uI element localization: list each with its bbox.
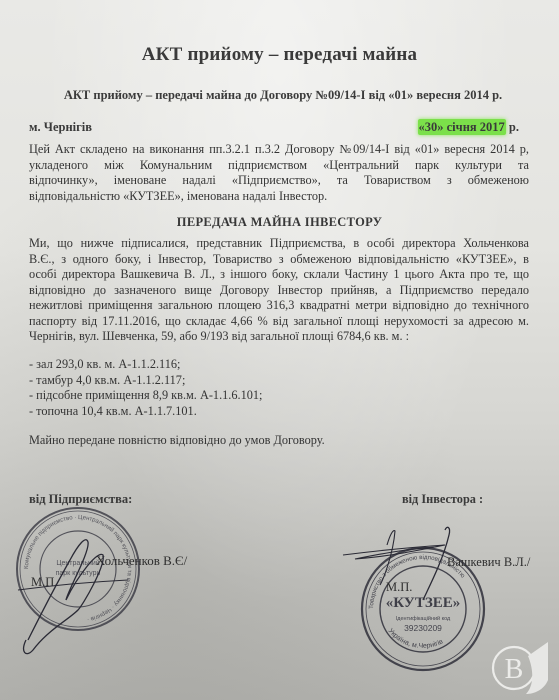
date-highlight: «30» січня 2017 bbox=[418, 119, 506, 135]
intro-line: Цей Акт складено на виконання пп.3.2.1 п… bbox=[29, 142, 529, 158]
body-line: відповідно до зазначеного вище Договору … bbox=[29, 283, 529, 299]
body-line: особі директора Вашкевича В. Л., з іншог… bbox=[29, 267, 529, 283]
closing-statement: Майно передане повністю відповідно до ум… bbox=[29, 433, 325, 448]
premises-item: - підсобне приміщення 8,9 кв.м. А-1.1.6.… bbox=[29, 388, 262, 404]
body-line: В.Є., з одного боку, і Інвестор, Товарис… bbox=[29, 252, 529, 268]
watermark-letter: В bbox=[505, 654, 524, 685]
section-heading: ПЕРЕДАЧА МАЙНА ІНВЕСТОРУ bbox=[0, 215, 559, 230]
document-city: м. Чернігів bbox=[29, 120, 92, 135]
date-suffix: р. bbox=[506, 120, 519, 134]
premises-item: - зал 293,0 кв. м. А-1.1.2.116; bbox=[29, 357, 262, 373]
premises-list: - зал 293,0 кв. м. А-1.1.2.116; - тамбур… bbox=[29, 357, 262, 419]
investor-signature-icon bbox=[335, 525, 485, 625]
body-line: Чернігів, вул. Шевченка, 59, або 9/193 в… bbox=[29, 329, 529, 345]
intro-line: укладеного між Комунальним підприємством… bbox=[29, 158, 529, 174]
body-line: паспорту від 17.11.2016, що складає 4,66… bbox=[29, 314, 529, 330]
enterprise-signature-icon bbox=[8, 520, 138, 660]
premises-item: - тамбур 4,0 кв.м. А-1.1.2.117; bbox=[29, 373, 262, 389]
body-paragraph: Ми, що нижче підписалися, представник Пі… bbox=[29, 236, 529, 345]
intro-paragraph: Цей Акт складено на виконання пп.3.2.1 п… bbox=[29, 142, 529, 204]
premises-item: - топочна 10,4 кв.м. А-1.1.7.101. bbox=[29, 404, 262, 420]
watermark-logo-icon: В bbox=[490, 640, 552, 696]
document-subtitle: АКТ прийому – передачі майна до Договору… bbox=[38, 88, 528, 103]
body-line: нежитлові приміщення загальною площею 31… bbox=[29, 298, 529, 314]
body-line: Ми, що нижче підписалися, представник Пі… bbox=[29, 236, 529, 252]
document-title: АКТ прийому – передачі майна bbox=[0, 44, 559, 66]
document-date: «30» січня 2017 р. bbox=[418, 120, 520, 135]
intro-line: відповідальністю «КУТЗЕЕ», іменована над… bbox=[29, 189, 529, 205]
intro-line: відпочинку», іменоване надалі «Підприємс… bbox=[29, 173, 529, 189]
investor-signature-label: від Інвестора : bbox=[402, 492, 483, 507]
